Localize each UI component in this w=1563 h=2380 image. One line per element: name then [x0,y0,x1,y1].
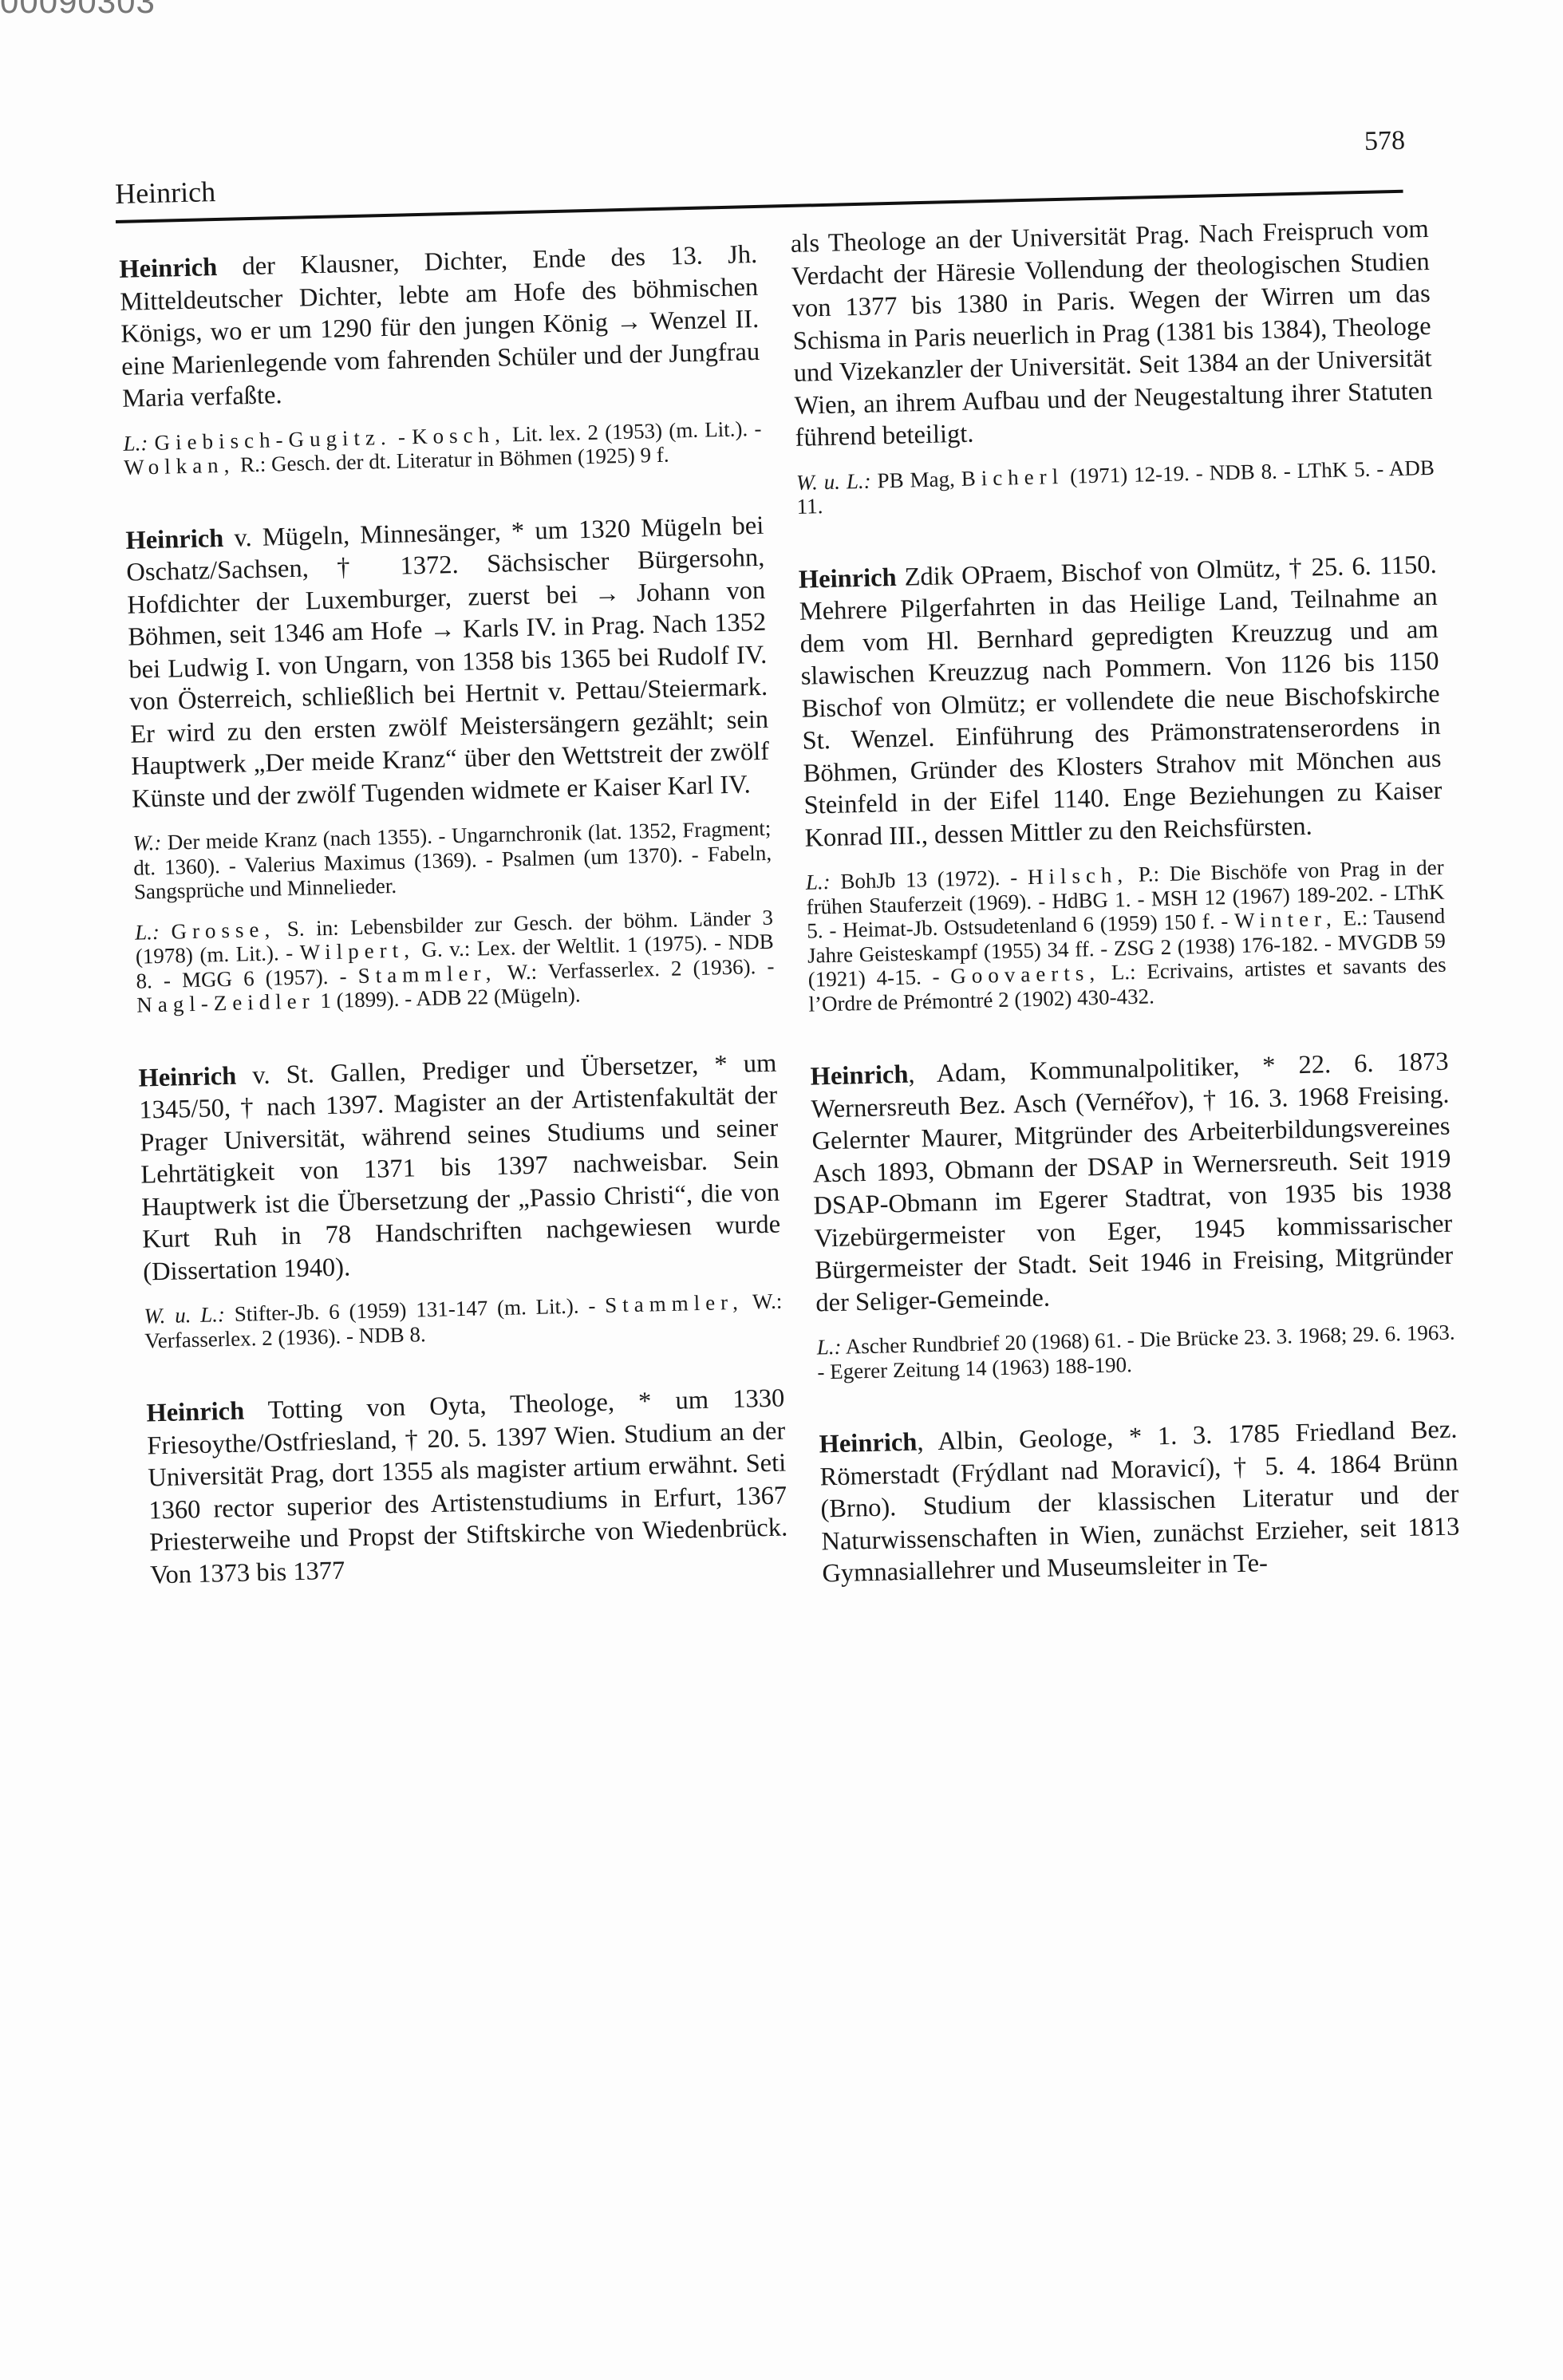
entry-heinrich-v-st-gallen: Heinrich v. St. Gallen, Prediger und Übe… [138,1047,783,1352]
lemma: Heinrich [819,1428,918,1459]
entry-continuation: als Theologe an der Universität Prag. Na… [790,213,1435,519]
entry-body: Heinrich v. St. Gallen, Prediger und Übe… [138,1047,782,1288]
ref-text: - [391,424,412,449]
entry-body: Heinrich v. Mügeln, Minnesänger, * um 13… [125,509,770,815]
entry-body: als Theologe an der Universität Prag. Na… [790,213,1434,454]
lemma: Heinrich [138,1061,237,1092]
ref-text: Lit. lex. 2 (1953) (m. Lit.). - [505,416,761,446]
entry-heinrich-totting-von-oyta: Heinrich Totting von Oyta, Theologe, * u… [146,1383,789,1592]
author-name: Goovaerts, [950,961,1100,988]
ref-text: PB Mag, [870,466,961,492]
ref-text: L.: [816,1335,841,1360]
entry-body: Heinrich, Adam, Kommunalpolitiker, * 22.… [810,1046,1454,1320]
author-name: Wilpert, [299,937,415,964]
works-refs: W.: Der meide Kranz (nach 1355). - Ungar… [132,816,772,904]
entry-body: Heinrich der Klausner, Dichter, Ende des… [119,239,761,415]
page-number: 578 [1364,126,1406,157]
right-column: als Theologe an der Universität Prag. Na… [790,213,1460,1590]
author-name: Kosch, [412,422,506,448]
lemma: Heinrich [146,1397,245,1428]
entry-body: Heinrich Totting von Oyta, Theologe, * u… [146,1383,789,1592]
entry-heinrich-albin: Heinrich, Albin, Geologe, * 1. 3. 1785 F… [819,1414,1461,1590]
lemma: Heinrich [119,253,218,284]
left-column: Heinrich der Klausner, Dichter, Ende des… [119,239,789,1592]
author-name: Wolkan, [124,453,235,480]
entry-body: Heinrich, Albin, Geologe, * 1. 3. 1785 F… [819,1414,1461,1590]
author-name: Nagl-Zeidler [136,989,315,1016]
ref-text: L.: [806,870,831,894]
page: Heinrich 578 Heinrich der Klausner, Dich… [0,0,1563,2380]
author-name: Bicherl [961,464,1064,490]
entry-heinrich-adam: Heinrich, Adam, Kommunalpolitiker, * 22.… [810,1046,1455,1384]
literature-refs: L.: Grosse, S. in: Lebensbilder zur Gesc… [135,905,776,1017]
author-name: Stammler, [605,1290,744,1317]
ref-text: W. u. L.: [144,1302,225,1328]
entry-heinrich-v-muegeln: Heinrich v. Mügeln, Minnesänger, * um 13… [125,509,775,1017]
ref-text: W.: [132,831,161,855]
lemma: Heinrich [125,523,224,555]
lemma: Heinrich [798,562,897,594]
literature-refs: L.: BohJb 13 (1972). - Hilsch, P.: Die B… [806,855,1447,1016]
author-name: Grosse, [171,917,275,943]
author-name: Winter, [1234,906,1337,933]
author-name: Stammler, [357,960,496,987]
ref-text [160,919,172,943]
ref-text: Der meide Kranz (nach 1355). - Ungarnchr… [133,816,772,904]
entry-body: Heinrich Zdik OPraem, Bischof von Olmütz… [798,548,1443,854]
lemma: Heinrich [810,1060,909,1091]
running-head: Heinrich [115,175,216,211]
author-name: Hilsch, [1028,862,1129,889]
ref-text: Stifter-Jb. 6 (1959) 131-147 (m. Lit.). … [225,1293,606,1326]
entry-heinrich-der-klausner: Heinrich der Klausner, Dichter, Ende des… [119,239,763,480]
ref-text: L.: [135,919,160,944]
entry-heinrich-zdik: Heinrich Zdik OPraem, Bischof von Olmütz… [798,548,1447,1016]
ref-text: W. u. L.: [796,468,871,494]
